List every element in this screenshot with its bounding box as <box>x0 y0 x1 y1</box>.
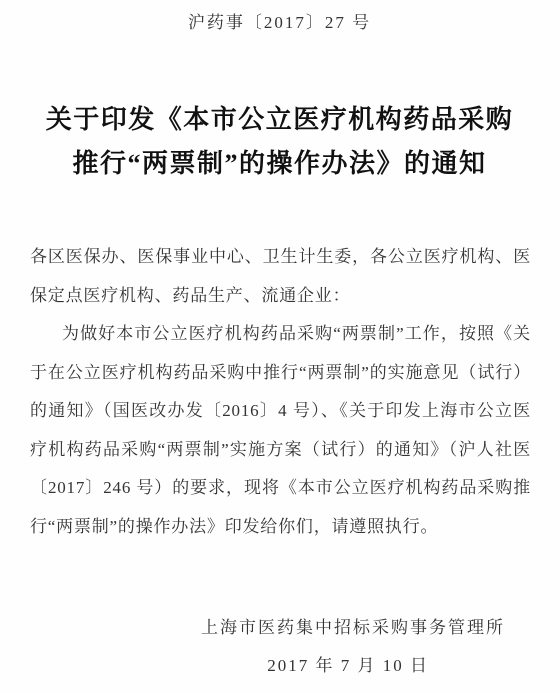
document-number: 沪药事〔2017〕27 号 <box>0 12 559 34</box>
document-title: 关于印发《本市公立医疗机构药品采购 推行“两票制”的操作办法》的通知 <box>0 98 559 186</box>
document-title-line-1: 关于印发《本市公立医疗机构药品采购 <box>0 98 559 142</box>
document-body: 各区医保办、医保事业中心、卫生计生委，各公立医疗机构、医保定点医疗机构、药品生产… <box>30 238 531 546</box>
document-title-line-2: 推行“两票制”的操作办法》的通知 <box>0 142 559 186</box>
issue-date: 2017 年 7 月 10 日 <box>0 654 559 678</box>
recipients-paragraph: 各区医保办、医保事业中心、卫生计生委，各公立医疗机构、医保定点医疗机构、药品生产… <box>30 238 531 315</box>
main-body-paragraph: 为做好本市公立医疗机构药品采购“两票制”工作，按照《关于在公立医疗机构药品采购中… <box>30 315 531 546</box>
issuing-authority-signature: 上海市医药集中招标采购事务管理所 <box>0 614 559 642</box>
notice-document-page: 沪药事〔2017〕27 号 关于印发《本市公立医疗机构药品采购 推行“两票制”的… <box>0 0 559 693</box>
